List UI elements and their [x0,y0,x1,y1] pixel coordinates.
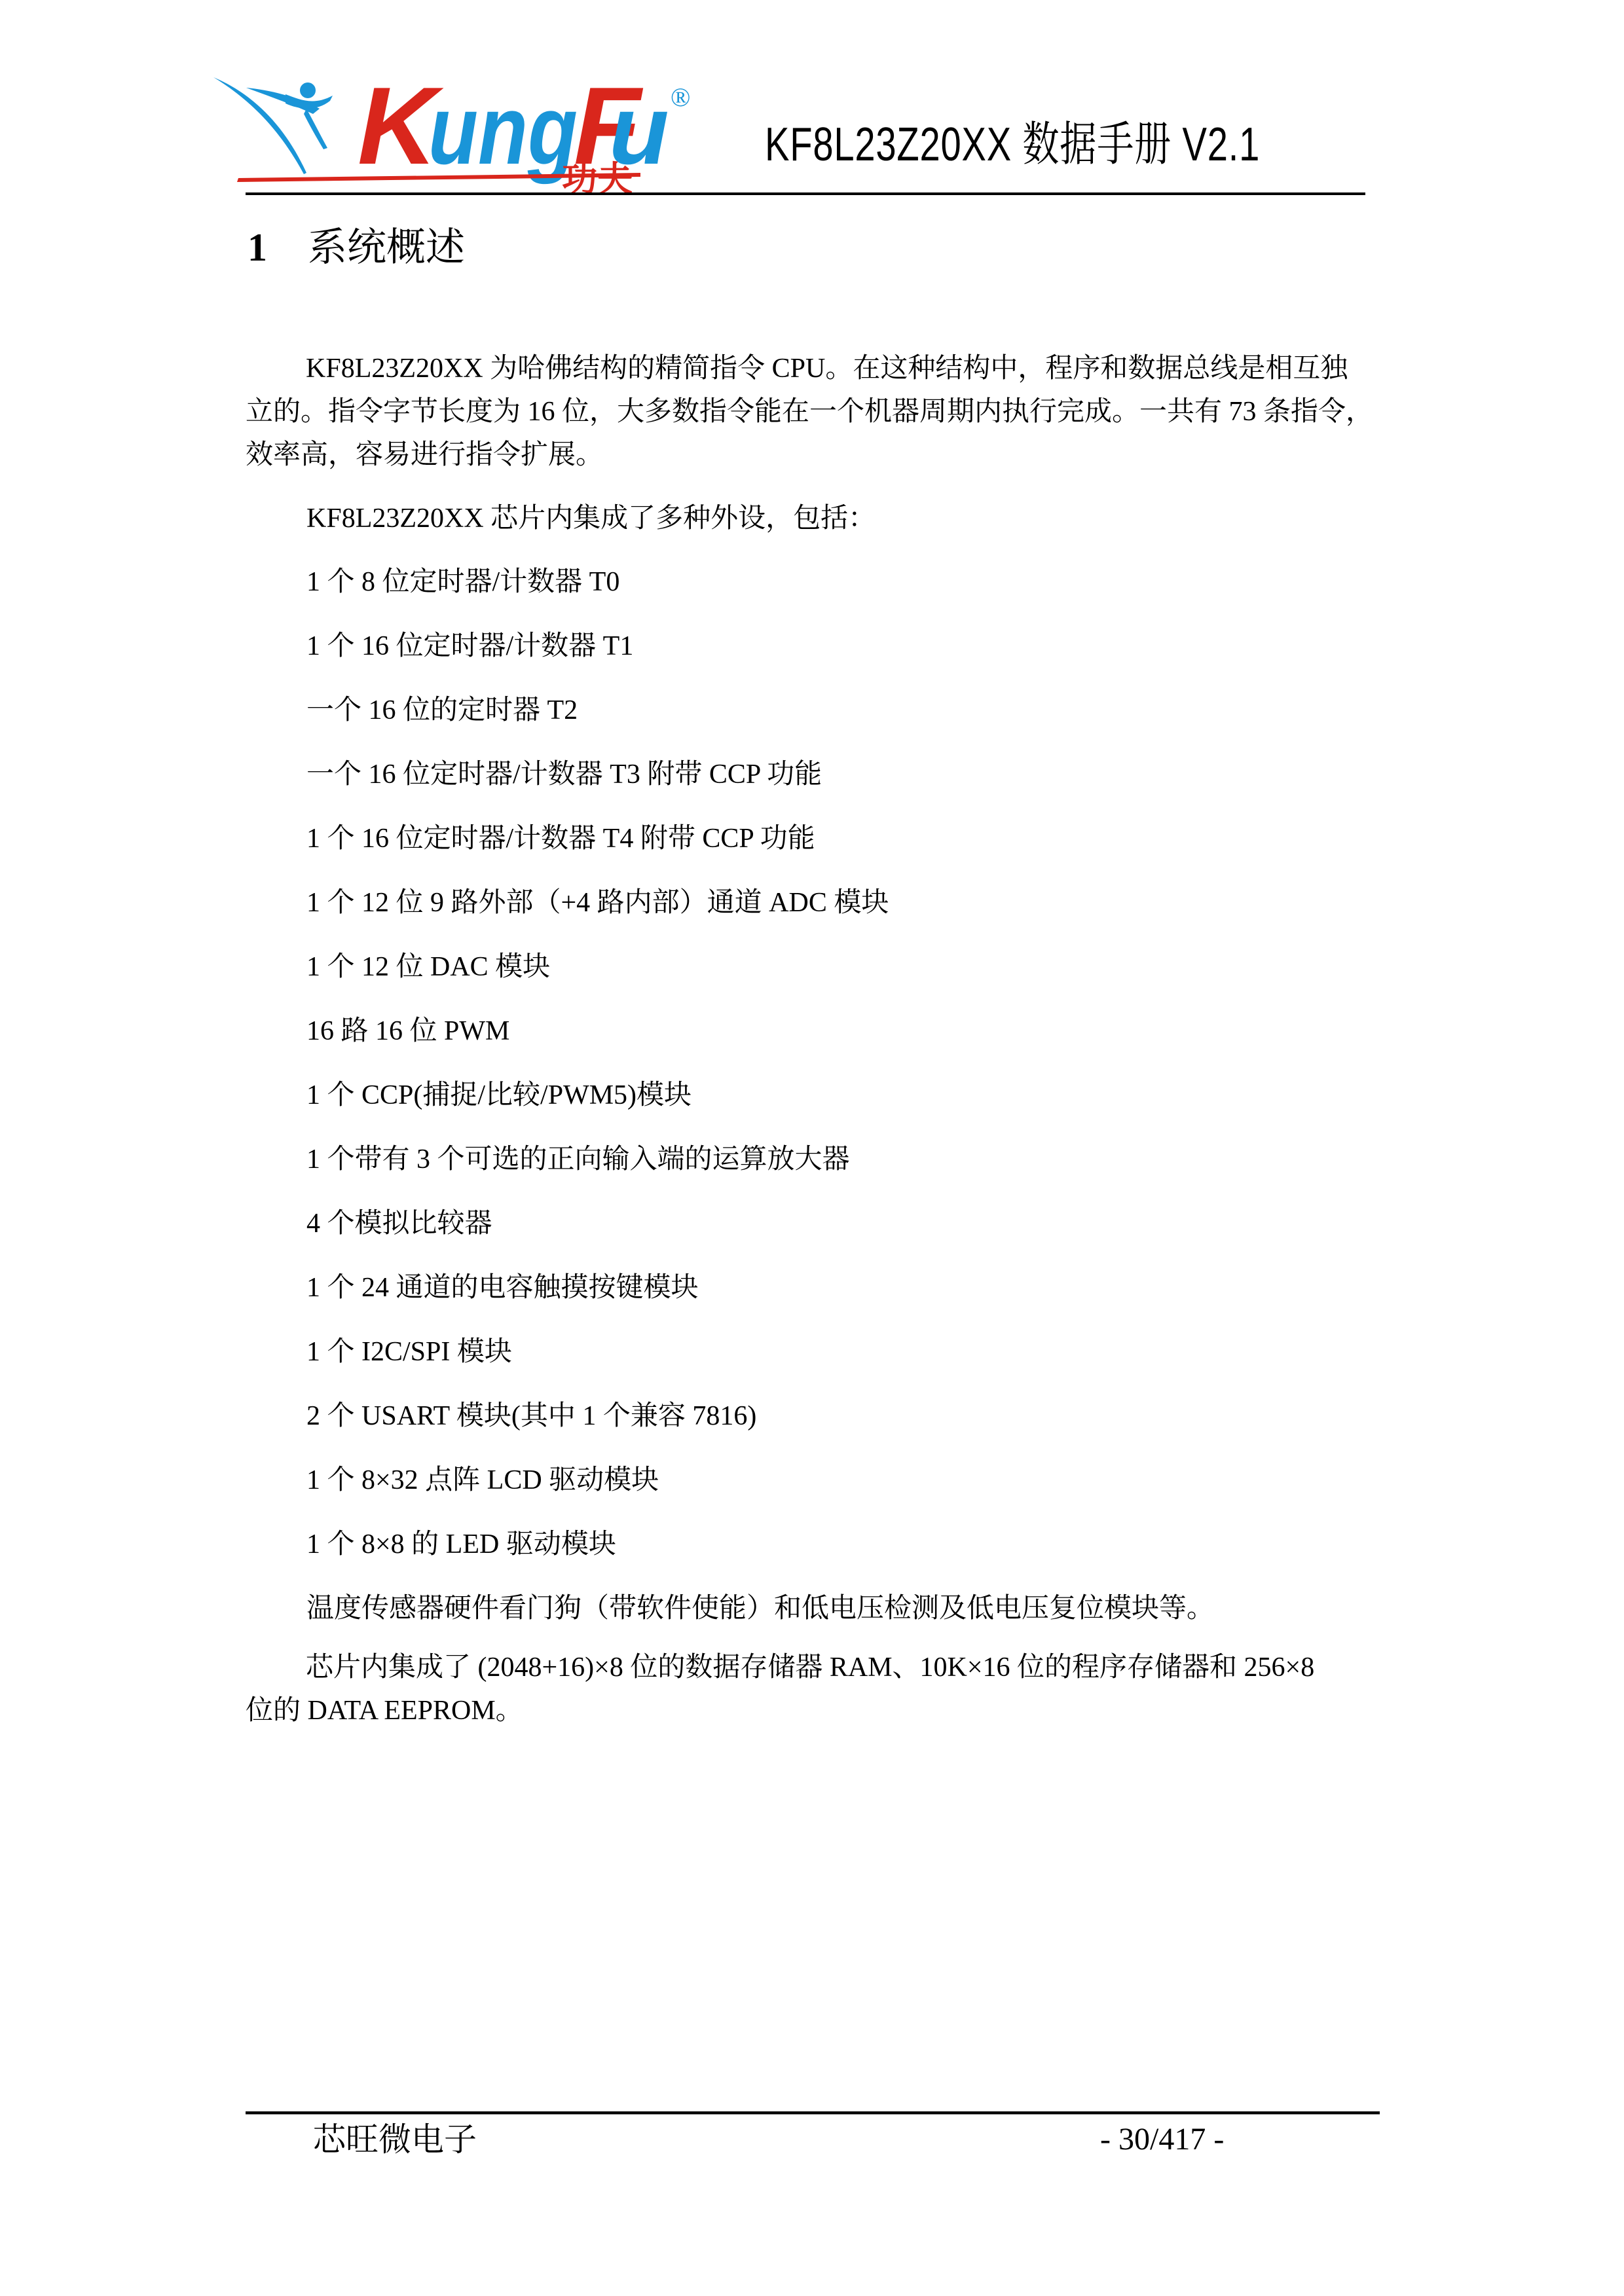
logo-letters-ung: ung [428,75,578,185]
list-item: 1 个 16 位定时器/计数器 T1 [306,630,633,663]
list-item: 一个 16 位定时器/计数器 T3 附带 CCP 功能 [306,758,822,791]
kungfu-logo-graphic: K ung F u 功夫 ® [208,68,706,199]
list-item: 1 个带有 3 个可选的正向输入端的运算放大器 [306,1143,850,1176]
memory-line-1: 芯片内集成了 (2048+16)×8 位的数据存储器 RAM、10K×16 位的… [246,1646,1314,1689]
page-number: - 30/417 - [1100,2120,1224,2159]
list-item: 1 个 8×8 的 LED 驱动模块 [306,1528,616,1561]
intro-paragraph: KF8L23Z20XX 为哈佛结构的精简指令 CPU。在这种结构中，程序和数据总… [246,347,1373,477]
list-item: 1 个 I2C/SPI 模块 [306,1336,512,1368]
footer-company-name: 芯旺微电子 [313,2120,477,2159]
intro-line-1: KF8L23Z20XX 为哈佛结构的精简指令 CPU。在这种结构中，程序和数据总… [246,347,1373,390]
list-item: 16 路 16 位 PWM [306,1015,509,1048]
kungfu-logo: K ung F u 功夫 ® [208,68,706,199]
list-item: 1 个 24 通道的电容触摸按键模块 [306,1271,699,1304]
list-item: 1 个 CCP(捕捉/比较/PWM5)模块 [306,1079,692,1112]
section-heading: 1系统概述 [248,221,465,274]
list-item: 一个 16 位的定时器 T2 [306,694,578,727]
header-divider [246,192,1365,195]
document-title: KF8L23Z20XX 数据手册 V2.1 [765,115,1260,174]
list-item: 1 个 12 位 DAC 模块 [306,951,550,983]
peripherals-intro: KF8L23Z20XX 芯片内集成了多种外设，包括： [306,502,876,535]
list-item: 4 个模拟比较器 [306,1207,492,1240]
registered-mark-icon: ® [671,82,690,112]
intro-line-2: 立的。指令字节长度为 16 位，大多数指令能在一个机器周期内执行完成。一共有 7… [246,390,1373,433]
list-item: 1 个 8 位定时器/计数器 T0 [306,566,619,598]
section-title: 系统概述 [308,226,465,269]
section-number: 1 [248,221,308,274]
list-item: 1 个 12 位 9 路外部（+4 路内部）通道 ADC 模块 [306,886,889,919]
list-item: 1 个 8×32 点阵 LCD 驱动模块 [306,1464,659,1497]
list-item: 1 个 16 位定时器/计数器 T4 附带 CCP 功能 [306,822,815,855]
list-item: 2 个 USART 模块(其中 1 个兼容 7816) [306,1400,756,1432]
footer-divider [246,2111,1380,2114]
intro-line-3: 效率高，容易进行指令扩展。 [246,433,1373,477]
memory-line-2: 位的 DATA EEPROM。 [246,1689,1314,1732]
list-item: 温度传感器硬件看门狗（带软件使能）和低电压检测及低电压复位模块等。 [306,1592,1214,1625]
kicking-figure-icon [213,77,333,174]
memory-paragraph: 芯片内集成了 (2048+16)×8 位的数据存储器 RAM、10K×16 位的… [246,1646,1314,1732]
